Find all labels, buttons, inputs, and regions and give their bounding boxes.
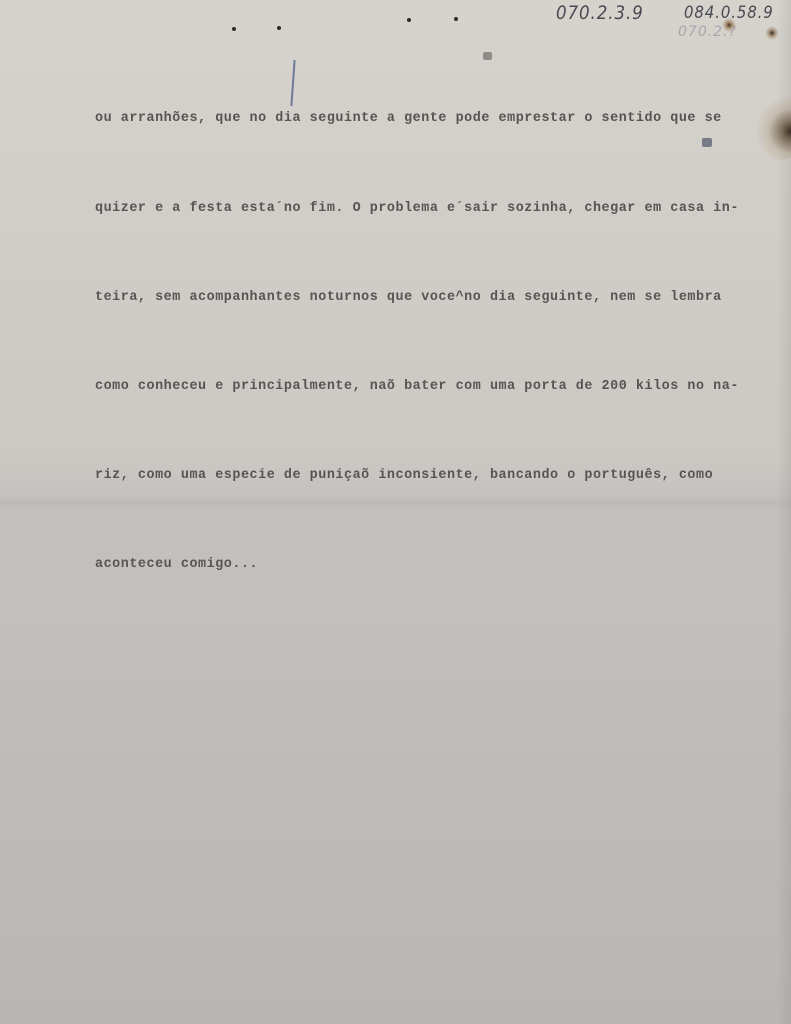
text-line: riz, como uma especie de puniçaõ inconsi… <box>95 461 735 491</box>
text-line: aconteceu comigo... <box>95 550 735 580</box>
typewritten-body: ou arranhões, que no dia seguinte a gent… <box>95 45 735 639</box>
rust-stain <box>765 26 779 40</box>
text-line: como conheceu e principalmente, naõ bate… <box>95 372 735 402</box>
text-line: teira, sem acompanhantes noturnos que vo… <box>95 283 735 313</box>
text-line: quizer e a festa esta´no fim. O problema… <box>95 194 735 224</box>
staple-hole <box>454 17 458 21</box>
scanned-page: 070.2.3.9 084.0.58.9 070.2.? ou arranhõe… <box>0 0 791 1024</box>
ink-overstrike <box>483 52 492 60</box>
text-line: ou arranhões, que no dia seguinte a gent… <box>95 104 735 134</box>
staple-hole <box>407 18 411 22</box>
archive-code-primary: 070.2.3.9 <box>556 2 644 24</box>
rust-stain <box>722 18 736 32</box>
staple-hole <box>277 26 281 30</box>
rust-stain <box>756 96 791 160</box>
staple-hole <box>232 27 236 31</box>
ink-overstrike <box>702 138 712 147</box>
